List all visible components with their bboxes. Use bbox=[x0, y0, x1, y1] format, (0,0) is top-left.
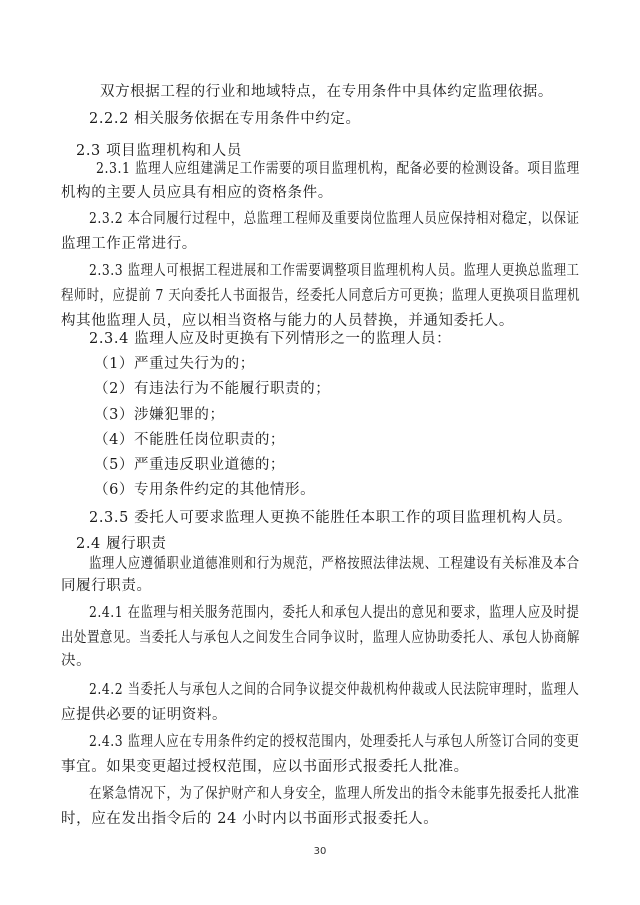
text-line: （3）涉嫌犯罪的； bbox=[94, 406, 225, 424]
text-line: （2）有违法行为不能履行职责的； bbox=[94, 380, 330, 398]
page-number: 30 bbox=[0, 846, 640, 857]
text-line: 时，应在发出指令后的 24 小时内以书面形式报委托人。 bbox=[61, 810, 438, 828]
text-line: 监理工作正常进行。 bbox=[61, 235, 197, 253]
text-line: 2.2.2 相关服务依据在专用条件中约定。 bbox=[89, 110, 361, 128]
text-line: 2.4 履行职责 bbox=[76, 535, 166, 553]
text-line: （4）不能胜任岗位职责的； bbox=[94, 431, 285, 449]
text-line: 2.3.1 监理人应组建满足工作需要的项目监理机构，配备必要的检测设备。项目监理 bbox=[96, 160, 580, 178]
text-line: （1）严重过失行为的； bbox=[94, 355, 255, 373]
text-line: 2.4.3 监理人应在专用条件约定的授权范围内，处理委托人与承包人所签订合同的变… bbox=[89, 733, 579, 751]
text-line: 程师时，应提前 7 天向委托人书面报告，经委托人同意后方可更换；监理人更换项目监… bbox=[61, 287, 580, 305]
text-line: 2.3.2 本合同履行过程中，总监理工程师及重要岗位监理人员应保持相对稳定，以保… bbox=[89, 210, 579, 228]
text-line: 构其他监理人员，应以相当资格与能力的人员替换，并通知委托人。 bbox=[61, 312, 514, 330]
text-line: 决。 bbox=[61, 652, 91, 670]
text-line: 2.4.1 在监理与相关服务范围内，委托人和承包人提出的意见和要求，监理人应及时… bbox=[89, 604, 579, 622]
text-line: 2.3.3 监理人可根据工程进展和工作需要调整项目监理机构人员。监理人更换总监理… bbox=[89, 262, 579, 280]
text-line: 在紧急情况下，为了保护财产和人身安全，监理人所发出的指令未能事先报委托人批准 bbox=[89, 785, 580, 803]
text-line: 同履行职责。 bbox=[61, 577, 152, 595]
text-line: 2.3.5 委托人可要求监理人更换不能胜任本职工作的项目监理机构人员。 bbox=[89, 509, 572, 527]
text-line: 2.3 项目监理机构和人员 bbox=[76, 142, 242, 160]
text-line: 事宜。如果变更超过授权范围，应以书面形式报委托人批准。 bbox=[61, 758, 469, 776]
text-line: 出处置意见。当委托人与承包人之间发生合同争议时，监理人应协助委托人、承包人协商解 bbox=[61, 629, 580, 647]
text-line: 双方根据工程的行业和地域特点，在专用条件中具体约定监理依据。 bbox=[100, 83, 553, 101]
text-line: 监理人应遵循职业道德准则和行为规范，严格按照法律法规、工程建设有关标准及本合 bbox=[89, 555, 580, 573]
text-line: 应提供必要的证明资料。 bbox=[61, 706, 227, 724]
text-line: 2.4.2 当委托人与承包人之间的合同争议提交仲裁机构仲裁或人民法院审理时，监理… bbox=[89, 681, 579, 699]
text-line: （5）严重违反职业道德的； bbox=[94, 456, 285, 474]
text-line: （6）专用条件约定的其他情形。 bbox=[94, 481, 315, 499]
text-line: 2.3.4 监理人应及时更换有下列情形之一的监理人员： bbox=[89, 330, 451, 348]
text-line: 机构的主要人员应具有相应的资格条件。 bbox=[61, 184, 333, 202]
document-page: 双方根据工程的行业和地域特点，在专用条件中具体约定监理依据。2.2.2 相关服务… bbox=[0, 0, 640, 905]
